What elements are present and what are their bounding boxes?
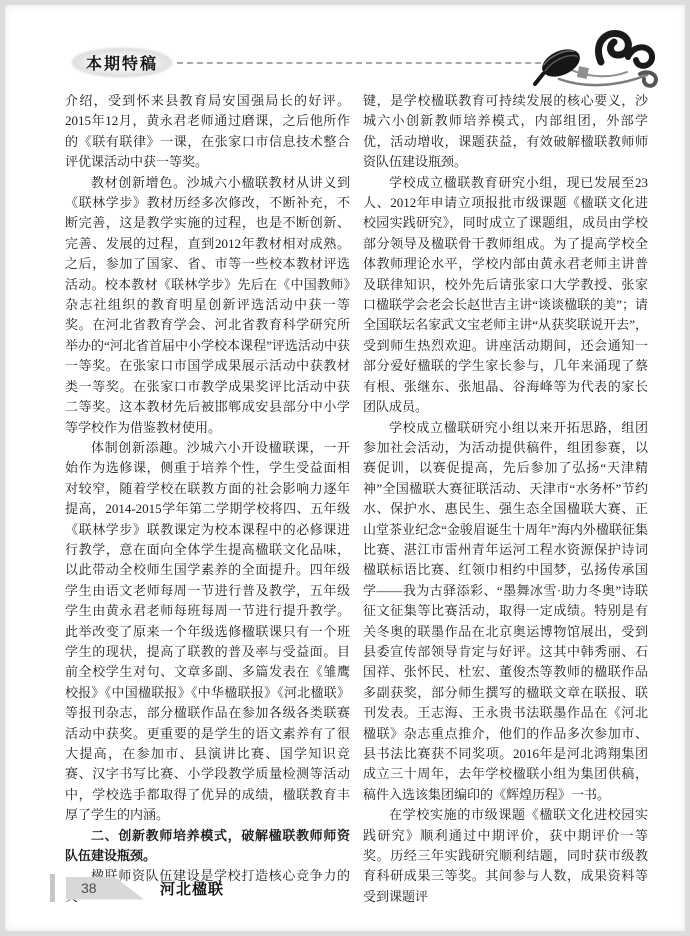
ink-brush-ornament-icon (531, 27, 663, 98)
article-body: 介绍，受到怀来县教育局安国强局长的好评。2015年12月，黄永君老师通过磨课，之… (65, 91, 648, 907)
paragraph: 介绍，受到怀来县教育局安国强局长的好评。2015年12月，黄永君老师通过磨课，之… (65, 91, 350, 173)
section-label: 本期特稿 (86, 51, 158, 74)
header-dashed-rule (177, 62, 571, 64)
page-header: 本期特稿 (63, 45, 649, 85)
paragraph: 在学校实施的市级课题《楹联文化进校园实践研究》顺利通过中期评价，获中期评价一等奖… (363, 805, 648, 907)
section-heading: 二、创新教师培养模式，破解楹联教师师资队伍建设瓶颈。 (65, 826, 350, 867)
right-column: 键，是学校楹联教育可持续发展的核心要义，沙城六小创新教师培养模式，内部组团，外部… (363, 91, 648, 907)
paragraph: 教材创新增色。沙城六小楹联教材从讲义到《联林学步》教材历经多次修改，不断补充，不… (65, 173, 350, 438)
left-column: 介绍，受到怀来县教育局安国强局长的好评。2015年12月，黄永君老师通过磨课，之… (65, 91, 350, 907)
paragraph: 学校成立楹联教育研究小组，现已发展至23人、2012年申请立项报批市级课题《楹联… (363, 173, 648, 418)
paragraph: 学校成立楹联研究小组以来开拓思路，组团参加社会活动，为活动提供稿件，组团参赛，以… (363, 418, 648, 806)
section-label-badge: 本期特稿 (73, 49, 171, 76)
journal-page: 本期特稿 介绍，受到怀来县 (5, 5, 685, 931)
page-number-badge: 38 (66, 877, 144, 900)
journal-title: 河北楹联 (160, 878, 224, 899)
page-footer: 38 河北楹联 (50, 873, 224, 903)
paragraph: 体制创新添趣。沙城六小开设楹联课，一开始作为选修课，侧重于培养个性，学生受益面相… (65, 438, 350, 826)
footer-accent-bar (50, 874, 55, 902)
page-number: 38 (81, 880, 97, 896)
paragraph: 键，是学校楹联教育可持续发展的核心要义，沙城六小创新教师培养模式，内部组团，外部… (363, 91, 648, 173)
